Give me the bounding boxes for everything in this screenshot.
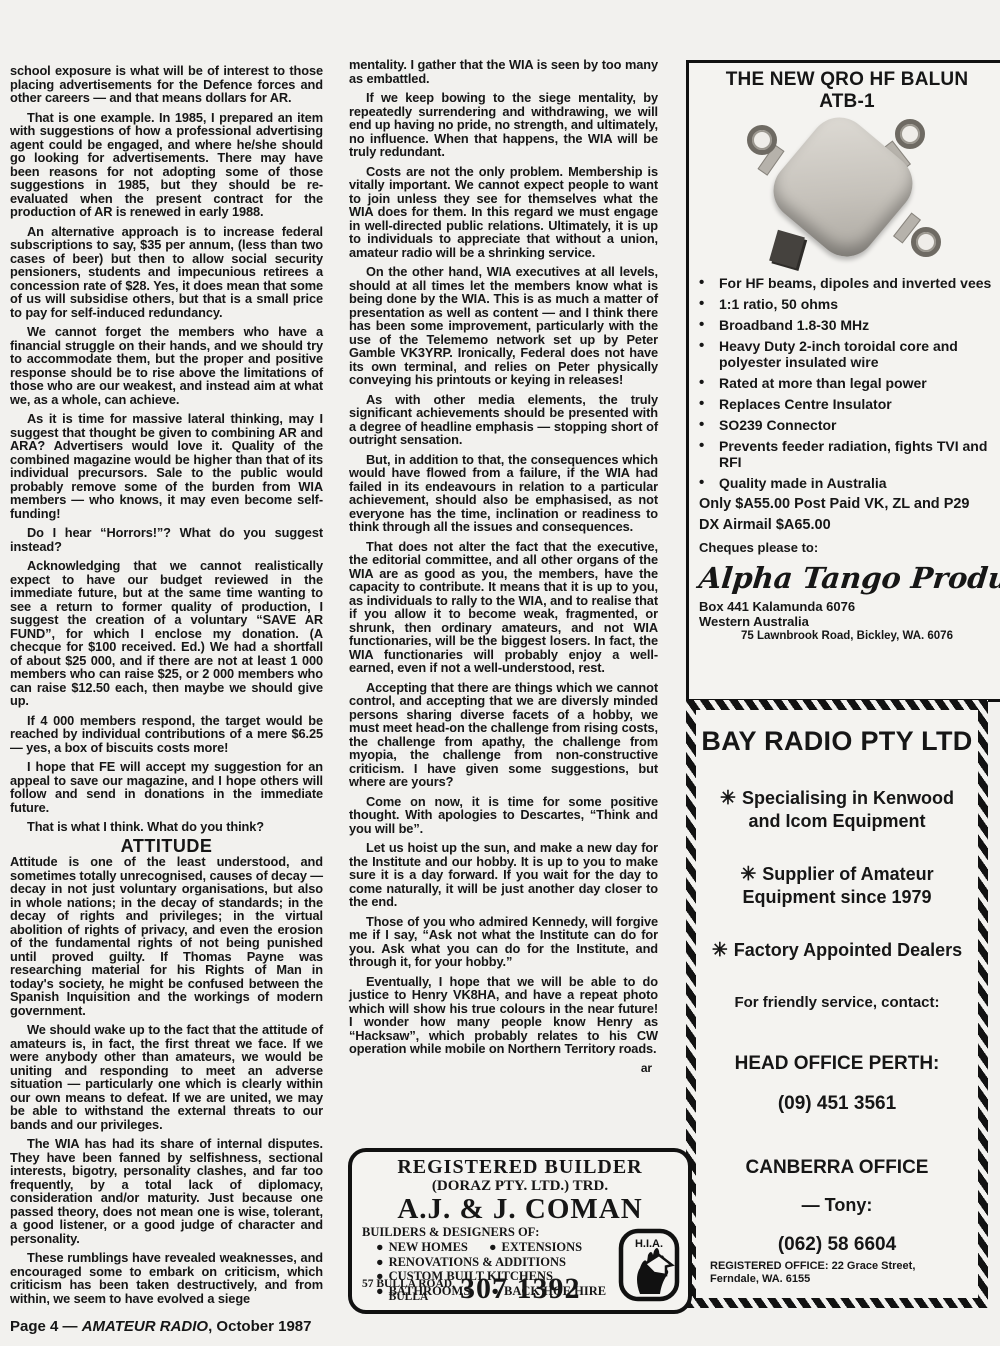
feature-text: Replaces Centre Insulator <box>719 396 892 412</box>
bullet-icon: ● <box>376 1240 384 1254</box>
middle-column: mentality. I gather that the WIA is seen… <box>349 58 658 1075</box>
article-paragraph: Attitude is one of the least understood,… <box>10 855 323 1017</box>
alpha-tango-logo: Alpha Tango Products <box>697 561 997 595</box>
article-paragraph: As with other media elements, the truly … <box>349 393 658 447</box>
article-paragraph: That is one example. In 1985, I prepared… <box>10 111 323 219</box>
page-footer: Page 4 — AMATEUR RADIO, October 1987 <box>10 1318 311 1335</box>
bay-radio-point: ✳Factory Appointed Dealers <box>710 939 964 962</box>
feature-item: •Heavy Duty 2-inch toroidal core and pol… <box>699 338 995 370</box>
star-icon: ✳ <box>712 940 728 961</box>
article-end-mark: ar <box>349 1062 658 1076</box>
bay-radio-canberra-phone: (062) 58 6604 <box>696 1234 978 1256</box>
article-paragraph: Acknowledging that we cannot realistical… <box>10 559 323 708</box>
balun-address: 75 Lawnbrook Road, Bickley, WA. 6076 <box>699 630 995 642</box>
bullet-icon: • <box>699 317 719 333</box>
feature-item: •SO239 Connector <box>699 417 995 433</box>
article-paragraph: That is what I think. What do you think? <box>10 820 323 834</box>
coman-name: A.J. & J. COMAN <box>362 1194 678 1224</box>
bullet-icon: • <box>699 438 719 470</box>
coman-phone: 307 1392 <box>460 1272 581 1306</box>
footer-issue-date: , October 1987 <box>208 1318 311 1335</box>
coman-ad: REGISTERED BUILDER (DORAZ PTY. LTD.) TRD… <box>348 1148 692 1314</box>
svg-text:H.I.A.: H.I.A. <box>635 1238 663 1250</box>
feature-item: •For HF beams, dipoles and inverted vees <box>699 275 995 291</box>
coman-address-line: BULLA <box>362 1291 455 1304</box>
bullet-icon: • <box>699 338 719 370</box>
article-paragraph: An alternative approach is to increase f… <box>10 225 323 320</box>
bay-radio-canberra-office: CANBERRA OFFICE <box>696 1157 978 1179</box>
balun-ad-model: ATB-1 <box>699 91 995 113</box>
feature-text: SO239 Connector <box>719 417 836 433</box>
balun-price: Only $A55.00 Post Paid VK, ZL and P29 <box>699 496 995 513</box>
feature-text: Prevents feeder radiation, fights TVI an… <box>719 438 995 470</box>
article-paragraph: As it is time for massive lateral thinki… <box>10 412 323 520</box>
feature-item: •Prevents feeder radiation, fights TVI a… <box>699 438 995 470</box>
bay-radio-head-office: HEAD OFFICE PERTH: <box>696 1053 978 1075</box>
article-paragraph: mentality. I gather that the WIA is seen… <box>349 58 658 85</box>
balun-eyelet <box>747 125 777 155</box>
article-paragraph: Costs are not the only problem. Membersh… <box>349 165 658 260</box>
balun-eyelet <box>895 119 925 149</box>
bay-radio-ad: BAY RADIO PTY LTD ✳Specialising in Kenwo… <box>686 700 988 1308</box>
left-column: school exposure is what will be of inter… <box>10 64 323 1311</box>
article-paragraph: I hope that FE will accept my suggestion… <box>10 760 323 814</box>
article-paragraph: Come on now, it is time for some positiv… <box>349 795 658 836</box>
balun-ad-title: THE NEW QRO HF BALUN <box>699 69 995 91</box>
bay-radio-canberra-contact: — Tony: <box>696 1195 978 1216</box>
feature-text: For HF beams, dipoles and inverted vees <box>719 275 991 291</box>
footer-page-number: Page 4 — <box>10 1318 82 1335</box>
article-paragraph: Let us hoist up the sun, and make a new … <box>349 841 658 909</box>
balun-photo <box>699 117 995 265</box>
bullet-icon: ● <box>489 1240 497 1254</box>
bay-radio-point: ✳Specialising in Kenwood and Icom Equipm… <box>710 787 964 833</box>
feature-item: •Broadband 1.8-30 MHz <box>699 317 995 333</box>
feature-item: •1:1 ratio, 50 ohms <box>699 296 995 312</box>
coman-subheader: (DORAZ PTY. LTD.) TRD. <box>362 1178 678 1194</box>
bullet-icon: • <box>699 275 719 291</box>
balun-feature-list: •For HF beams, dipoles and inverted vees… <box>699 275 995 491</box>
article-paragraph: Accepting that there are things which we… <box>349 681 658 789</box>
feature-text: Rated at more than legal power <box>719 375 927 391</box>
magazine-page: school exposure is what will be of inter… <box>0 0 1000 1346</box>
balun-price-dx: DX Airmail $A65.00 <box>699 517 995 534</box>
bay-radio-contact-label: For friendly service, contact: <box>696 994 978 1011</box>
attitude-heading: ATTITUDE <box>10 840 323 854</box>
balun-cheques-label: Cheques please to: <box>699 540 995 555</box>
bay-radio-registered-office: REGISTERED OFFICE: 22 Grace Street, Fern… <box>710 1260 964 1286</box>
service-text: NEW HOMES <box>389 1240 468 1254</box>
coman-address-line: 57 BULLA ROAD, <box>362 1278 455 1291</box>
bullet-icon: • <box>699 296 719 312</box>
article-paragraph: These rumblings have revealed weaknesses… <box>10 1251 323 1305</box>
bay-radio-title: BAY RADIO PTY LTD <box>696 726 978 757</box>
feature-item: •Quality made in Australia <box>699 475 995 491</box>
balun-ad: THE NEW QRO HF BALUN ATB-1 •For HF beams… <box>686 60 1000 702</box>
balun-address: Western Australia <box>699 614 995 629</box>
feature-text: Heavy Duty 2-inch toroidal core and poly… <box>719 338 995 370</box>
feature-item: •Replaces Centre Insulator <box>699 396 995 412</box>
balun-eyelet <box>911 227 941 257</box>
article-paragraph: Those of you who admired Kennedy, will f… <box>349 915 658 969</box>
balun-address: Box 441 Kalamunda 6076 <box>699 599 995 614</box>
article-paragraph: But, in addition to that, the consequenc… <box>349 453 658 534</box>
bay-radio-ad-inner: BAY RADIO PTY LTD ✳Specialising in Kenwo… <box>696 710 978 1298</box>
feature-text: 1:1 ratio, 50 ohms <box>719 296 838 312</box>
article-paragraph: Do I hear “Horrors!”? What do you sugges… <box>10 526 323 553</box>
star-icon: ✳ <box>720 788 736 809</box>
feature-item: •Rated at more than legal power <box>699 375 995 391</box>
point-text: Specialising in Kenwood and Icom Equipme… <box>742 788 954 831</box>
coman-address: 57 BULLA ROAD, BULLA <box>362 1278 455 1304</box>
article-paragraph: The WIA has had its share of internal di… <box>10 1137 323 1245</box>
bullet-icon: • <box>699 396 719 412</box>
article-paragraph: school exposure is what will be of inter… <box>10 64 323 105</box>
article-paragraph: We should wake up to the fact that the a… <box>10 1023 323 1131</box>
bullet-icon: • <box>699 417 719 433</box>
coman-header: REGISTERED BUILDER <box>362 1157 678 1178</box>
article-paragraph: Eventually, I hope that we will be able … <box>349 975 658 1056</box>
feature-text: Broadband 1.8-30 MHz <box>719 317 869 333</box>
article-paragraph: That does not alter the fact that the ex… <box>349 540 658 675</box>
point-text: Supplier of Amateur Equipment since 1979 <box>742 864 933 907</box>
balun-connector <box>769 230 805 268</box>
bay-radio-perth-phone: (09) 451 3561 <box>696 1093 978 1115</box>
footer-magazine-name: AMATEUR RADIO <box>82 1318 208 1335</box>
article-paragraph: We cannot forget the members who have a … <box>10 325 323 406</box>
hia-logo: H.I.A. <box>618 1228 680 1302</box>
bay-radio-point: ✳Supplier of Amateur Equipment since 197… <box>710 863 964 909</box>
bullet-icon: • <box>699 375 719 391</box>
star-icon: ✳ <box>740 864 756 885</box>
service-text: RENOVATIONS & ADDITIONS <box>389 1255 566 1269</box>
article-paragraph: If we keep bowing to the siege mentality… <box>349 91 658 159</box>
service-text: EXTENSIONS <box>502 1240 583 1254</box>
bullet-icon: ● <box>376 1255 384 1269</box>
feature-text: Quality made in Australia <box>719 475 887 491</box>
article-paragraph: On the other hand, WIA executives at all… <box>349 265 658 387</box>
article-paragraph: If 4 000 members respond, the target wou… <box>10 714 323 755</box>
bullet-icon: • <box>699 475 719 491</box>
point-text: Factory Appointed Dealers <box>734 940 962 960</box>
